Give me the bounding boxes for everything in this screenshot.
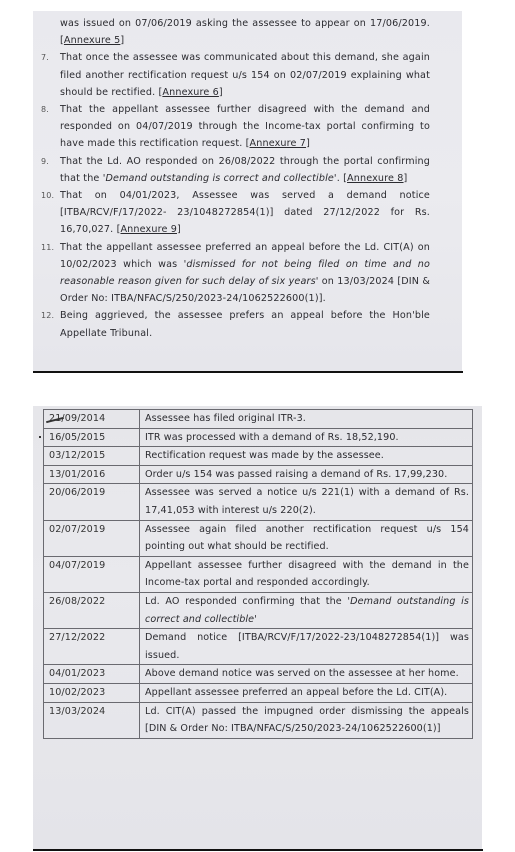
table-row: 20/06/2019Assessee was served a notice u…: [44, 484, 473, 520]
text-run: Ld. CIT(A) passed the impugned order dis…: [145, 706, 469, 735]
text-run: ]: [177, 224, 181, 235]
numbered-paragraph-list: was issued on 07/06/2019 asking the asse…: [33, 15, 462, 342]
paragraph-item: 7.That once the assessee was communicate…: [33, 49, 462, 101]
event-description: Assessee has filed original ITR-3.: [140, 410, 473, 429]
text-run: That once the assessee was communicated …: [60, 52, 430, 97]
event-date: 10/02/2023: [44, 683, 140, 702]
text-run: Rectification request was made by the as…: [145, 450, 384, 461]
paragraph-item: 8.That the appellant assessee further di…: [33, 101, 462, 153]
text-run: ITR was processed with a demand of Rs. 1…: [145, 432, 399, 443]
annexure-reference: Annexure 8: [347, 173, 404, 184]
paragraph-number: 8.: [41, 101, 49, 118]
event-description: Appellant assessee preferred an appeal b…: [140, 683, 473, 702]
text-run: Order u/s 154 was passed raising a deman…: [145, 469, 447, 480]
text-run: was issued on 07/06/2019 asking the asse…: [60, 18, 430, 29]
annexure-reference: Annexure 6: [162, 87, 219, 98]
event-date: 02/07/2019: [44, 520, 140, 556]
divider-line: [33, 371, 463, 373]
text-run: ]: [120, 35, 124, 46]
event-description: ITR was processed with a demand of Rs. 1…: [140, 428, 473, 447]
table-row: 13/03/2024Ld. CIT(A) passed the impugned…: [44, 702, 473, 738]
paragraph-number: 12.: [41, 307, 54, 324]
event-date: 04/07/2019: [44, 556, 140, 592]
event-date: 26/08/2022: [44, 592, 140, 628]
chronology-table: 21/09/2014Assessee has filed original IT…: [43, 409, 473, 739]
event-description: Demand notice [ITBA/RCV/F/17/2022-23/104…: [140, 629, 473, 665]
event-date: 13/03/2024: [44, 702, 140, 738]
text-run: Appellant assessee preferred an appeal b…: [145, 687, 447, 698]
table-row: 16/05/2015ITR was processed with a deman…: [44, 428, 473, 447]
event-description: Assessee again filed another rectificati…: [140, 520, 473, 556]
text-run: Assessee has filed original ITR-3.: [145, 413, 306, 424]
table-row: 02/07/2019Assessee again filed another r…: [44, 520, 473, 556]
table-row: 27/12/2022Demand notice [ITBA/RCV/F/17/2…: [44, 629, 473, 665]
event-date: 03/12/2015: [44, 447, 140, 466]
text-run: . [: [337, 173, 347, 184]
annexure-reference: Annexure 9: [120, 224, 177, 235]
text-run: That the appellant assessee further disa…: [60, 104, 430, 149]
table-row: 04/07/2019Appellant assessee further dis…: [44, 556, 473, 592]
event-description: Assessee was served a notice u/s 221(1) …: [140, 484, 473, 520]
paragraph-item: 12.Being aggrieved, the assessee prefers…: [33, 307, 462, 341]
text-run: Assessee again filed another rectificati…: [145, 524, 469, 553]
table-row: 21/09/2014Assessee has filed original IT…: [44, 410, 473, 429]
text-run: ]: [219, 87, 223, 98]
text-run: ]: [306, 138, 310, 149]
divider-line: [33, 849, 483, 851]
annexure-reference: Annexure 7: [250, 138, 307, 149]
event-date: 13/01/2016: [44, 465, 140, 484]
text-run: That on 04/01/2023, Assessee was served …: [60, 190, 430, 235]
text-run: Demand notice [ITBA/RCV/F/17/2022-23/104…: [145, 632, 469, 661]
event-date: 04/01/2023: [44, 665, 140, 684]
text-run: Appellant assessee further disagreed wit…: [145, 560, 469, 589]
event-description: Rectification request was made by the as…: [140, 447, 473, 466]
table-row: 03/12/2015Rectification request was made…: [44, 447, 473, 466]
event-date: 21/09/2014: [44, 410, 140, 429]
text-run: Ld. AO responded confirming that the: [145, 596, 347, 607]
text-run: ]: [404, 173, 408, 184]
table-row: 26/08/2022Ld. AO responded confirming th…: [44, 592, 473, 628]
paragraph-number: 10.: [41, 187, 54, 204]
event-description: Ld. AO responded confirming that the 'De…: [140, 592, 473, 628]
table-row: 10/02/2023Appellant assessee preferred a…: [44, 683, 473, 702]
paragraph-item: 11.That the appellant assessee preferred…: [33, 239, 462, 308]
paragraph-item: 10.That on 04/01/2023, Assessee was serv…: [33, 187, 462, 239]
event-date: 20/06/2019: [44, 484, 140, 520]
event-description: Ld. CIT(A) passed the impugned order dis…: [140, 702, 473, 738]
paragraph-number: 7.: [41, 49, 49, 66]
paragraph-item: 9.That the Ld. AO responded on 26/08/202…: [33, 153, 462, 187]
event-date: 27/12/2022: [44, 629, 140, 665]
event-date: 16/05/2015: [44, 428, 140, 447]
event-description: Above demand notice was served on the as…: [140, 665, 473, 684]
quoted-text: 'Demand outstanding is correct and colle…: [103, 173, 337, 184]
paragraph-number: 9.: [41, 153, 49, 170]
event-description: Order u/s 154 was passed raising a deman…: [140, 465, 473, 484]
paragraph-item: was issued on 07/06/2019 asking the asse…: [33, 15, 462, 49]
annexure-reference: Annexure 5: [64, 35, 121, 46]
event-description: Appellant assessee further disagreed wit…: [140, 556, 473, 592]
document-photo-paragraphs: was issued on 07/06/2019 asking the asse…: [33, 11, 462, 371]
paragraph-number: 11.: [41, 239, 54, 256]
text-run: Assessee was served a notice u/s 221(1) …: [145, 487, 469, 516]
pen-annotation-dot: [39, 436, 41, 438]
text-run: Being aggrieved, the assessee prefers an…: [60, 310, 430, 338]
table-row: 13/01/2016Order u/s 154 was passed raisi…: [44, 465, 473, 484]
document-photo-chronology: 21/09/2014Assessee has filed original IT…: [33, 406, 482, 849]
table-row: 04/01/2023Above demand notice was served…: [44, 665, 473, 684]
text-run: Above demand notice was served on the as…: [145, 668, 459, 679]
